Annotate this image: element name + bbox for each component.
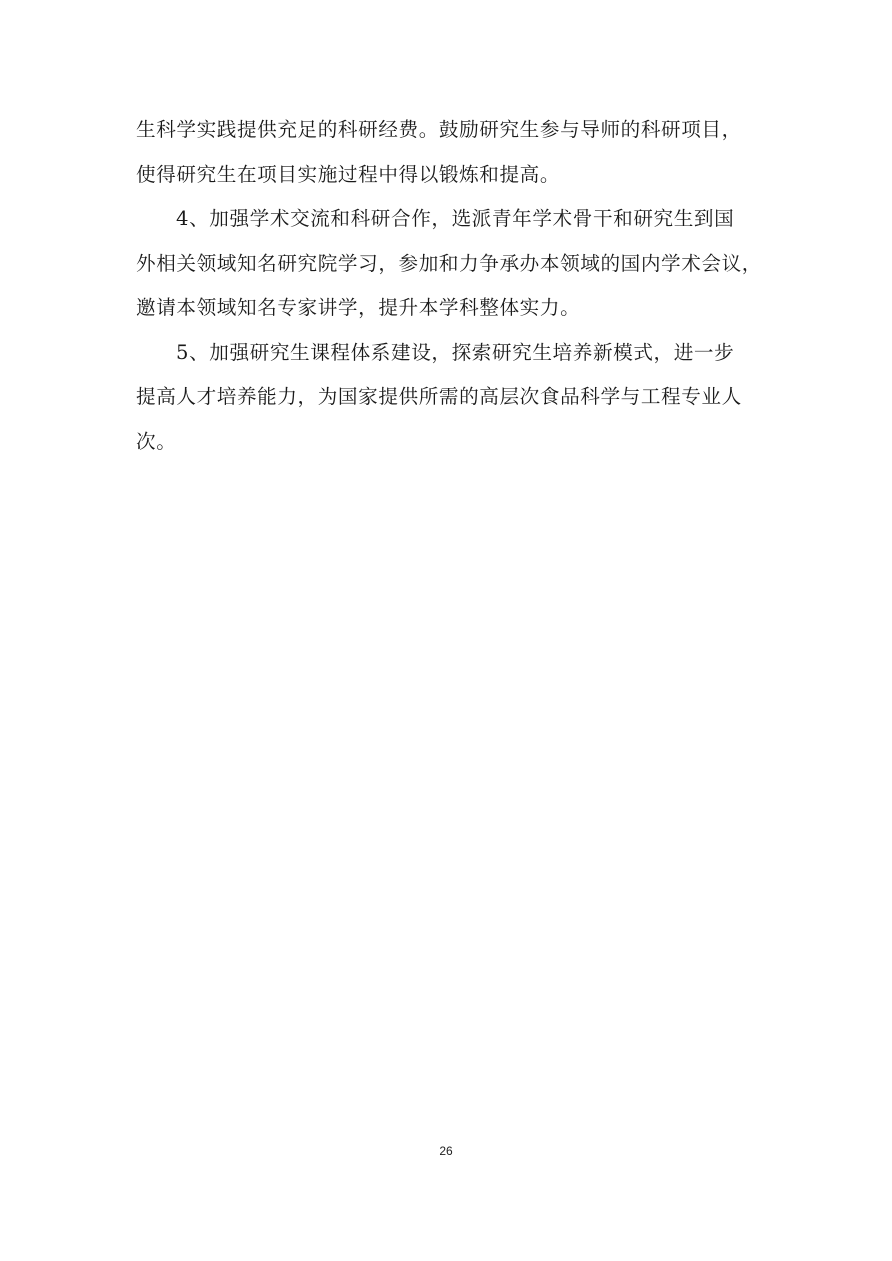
document-page: 生科学实践提供充足的科研经费。鼓励研究生参与导师的科研项目， 使得研究生在项目实… bbox=[0, 0, 892, 1261]
paragraph-item-4: 4、加强学术交流和科研合作，选派青年学术骨干和研究生到国 外相关领域知名研究院学… bbox=[136, 201, 756, 335]
text-line: 外相关领域知名研究院学习，参加和力争承办本领域的国内学术会议， bbox=[136, 246, 756, 291]
page-number: 26 bbox=[0, 1144, 892, 1158]
text-line: 邀请本领域知名专家讲学，提升本学科整体实力。 bbox=[136, 290, 756, 335]
paragraph-continued: 生科学实践提供充足的科研经费。鼓励研究生参与导师的科研项目， 使得研究生在项目实… bbox=[136, 112, 756, 201]
body-text: 生科学实践提供充足的科研经费。鼓励研究生参与导师的科研项目， 使得研究生在项目实… bbox=[136, 112, 756, 468]
text-line: 4、加强学术交流和科研合作，选派青年学术骨干和研究生到国 bbox=[136, 201, 756, 246]
text-line: 次。 bbox=[136, 424, 756, 469]
text-line: 5、加强研究生课程体系建设，探索研究生培养新模式，进一步 bbox=[136, 335, 756, 380]
text-line: 使得研究生在项目实施过程中得以锻炼和提高。 bbox=[136, 157, 756, 202]
paragraph-item-5: 5、加强研究生课程体系建设，探索研究生培养新模式，进一步 提高人才培养能力，为国… bbox=[136, 335, 756, 469]
text-line: 生科学实践提供充足的科研经费。鼓励研究生参与导师的科研项目， bbox=[136, 112, 756, 157]
text-line: 提高人才培养能力，为国家提供所需的高层次食品科学与工程专业人 bbox=[136, 379, 756, 424]
